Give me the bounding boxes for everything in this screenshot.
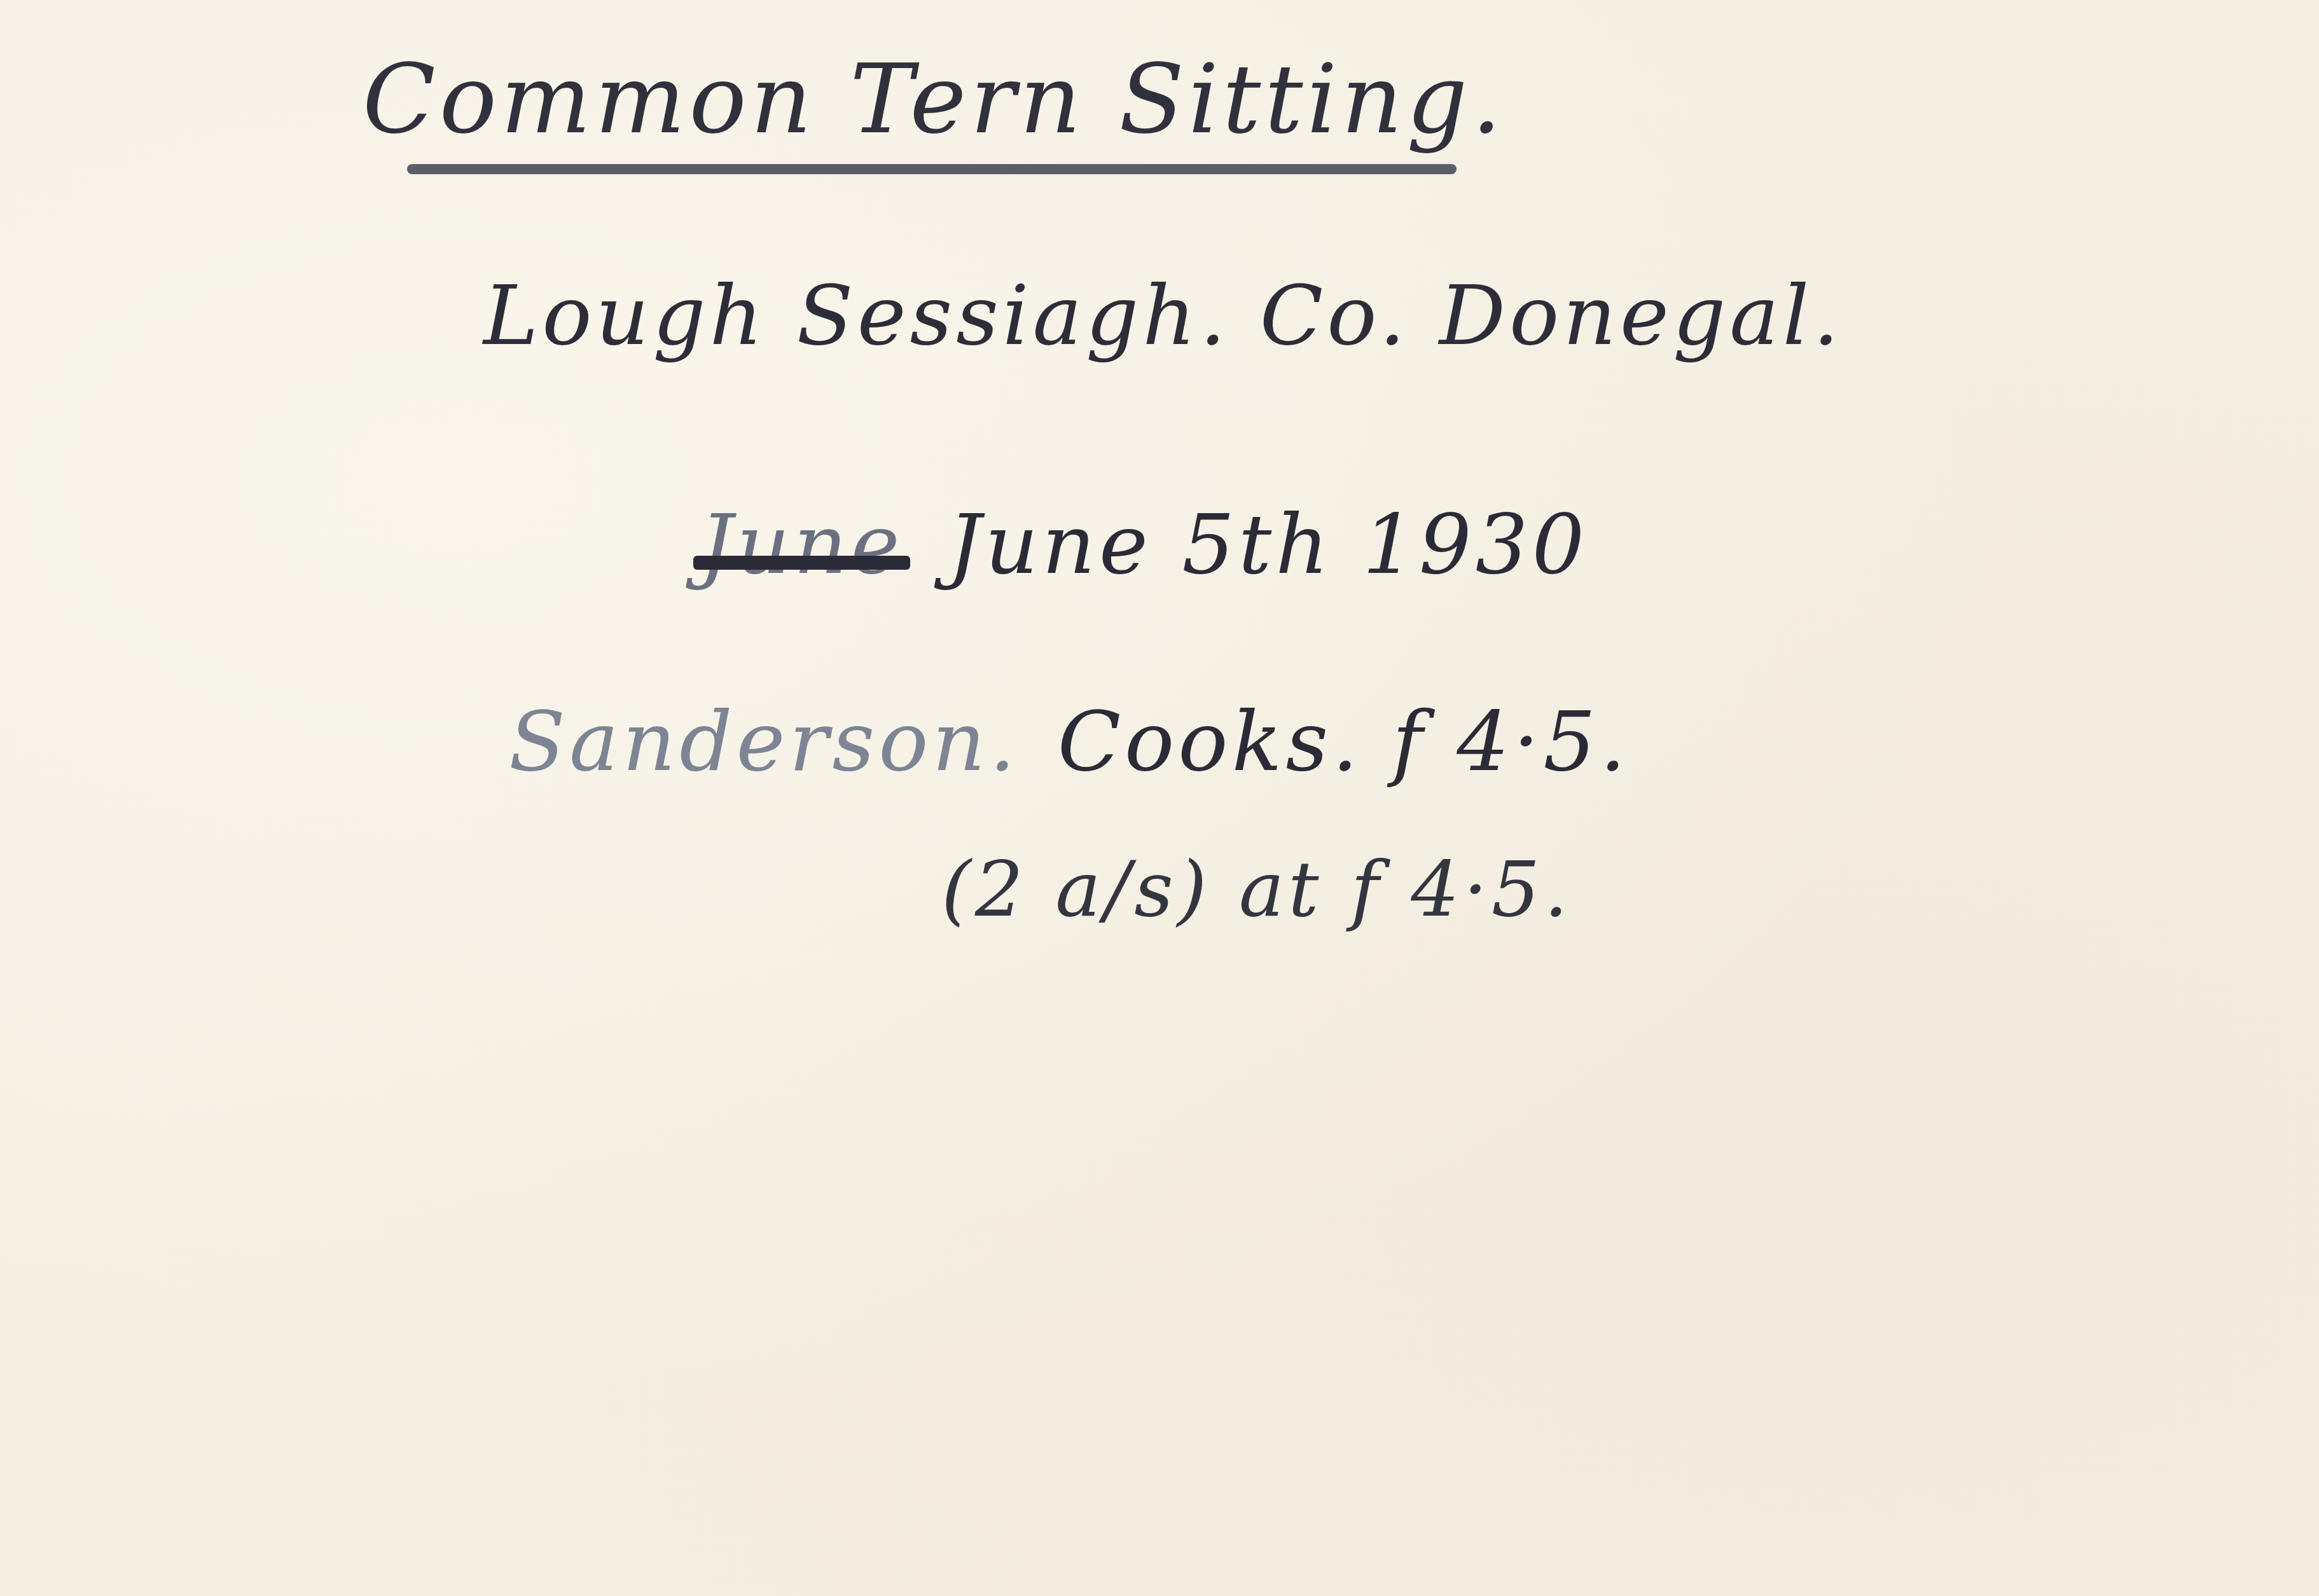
observer-line: Sanderson.Cooks. f 4·5.	[509, 693, 1630, 790]
struck-out-word: June	[700, 496, 904, 593]
index-card: Common Tern Sitting. Lough Sessiagh. Co.…	[0, 0, 2319, 1596]
title-underline	[407, 164, 1457, 174]
date-text: June 5th 1930	[948, 496, 1589, 593]
location-line: Lough Sessiagh. Co. Donegal.	[483, 267, 1843, 364]
exposure-note: (2 a/s) at f 4·5.	[941, 846, 1572, 934]
card-title: Common Tern Sitting.	[363, 45, 1506, 155]
camera-note: Cooks. f 4·5.	[1058, 693, 1630, 790]
observer-name: Sanderson.	[509, 693, 1020, 790]
date-line: JuneJune 5th 1930	[700, 496, 1588, 593]
